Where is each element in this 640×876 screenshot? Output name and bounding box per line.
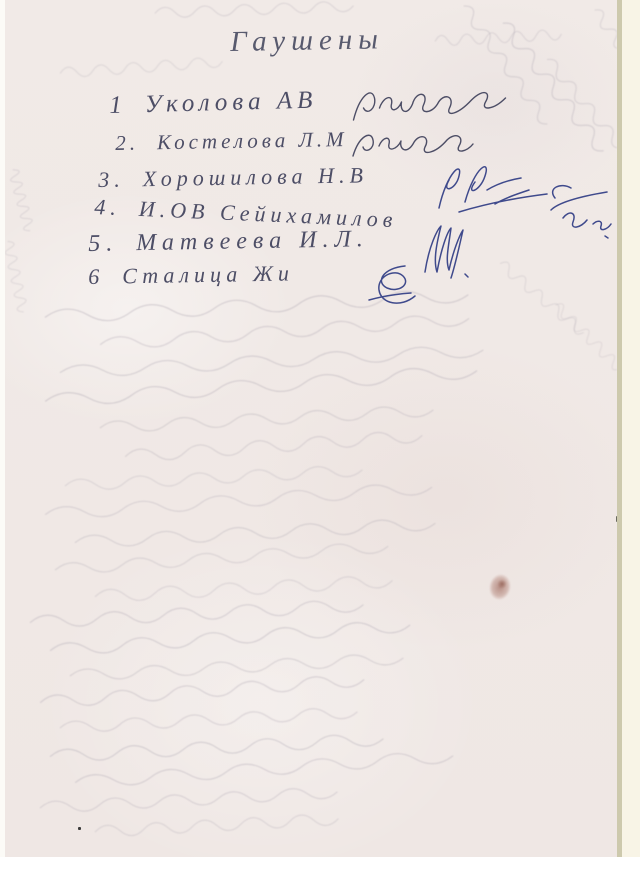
signature-scribble bbox=[365, 260, 429, 312]
list-entry: 2.Костелова Л.М bbox=[115, 127, 348, 156]
list-entry: 5.Матвеева И.Л. bbox=[88, 226, 369, 258]
entry-number: 3. bbox=[98, 167, 125, 192]
scan-edge-right-strip bbox=[622, 0, 640, 857]
scan-edge-left bbox=[0, 0, 5, 876]
list-entry: 6Сталица Жи bbox=[88, 260, 294, 290]
entry-name: Сталица Жи bbox=[122, 260, 294, 288]
page-title: Гаушены bbox=[230, 23, 384, 59]
paper-sheet: Гаушены 1Уколова АВ 2.Костелова Л.М 3.Хо… bbox=[5, 0, 617, 857]
entry-number: 1 bbox=[109, 92, 127, 119]
signature-scribble bbox=[455, 180, 615, 240]
entry-number: 6 bbox=[88, 264, 104, 289]
entry-name: Матвеева И.Л. bbox=[136, 226, 369, 256]
entry-number: 4. bbox=[94, 194, 122, 220]
entry-number: 5. bbox=[88, 230, 118, 257]
entry-name: Костелова Л.М bbox=[157, 127, 348, 154]
entry-number: 2. bbox=[115, 131, 139, 155]
scan-edge-bottom bbox=[0, 857, 640, 876]
entry-name: Уколова АВ bbox=[144, 87, 317, 119]
list-entry: 3.Хорошилова Н.В bbox=[98, 162, 368, 193]
list-entry: 1Уколова АВ bbox=[109, 87, 318, 120]
scanned-page: Гаушены 1Уколова АВ 2.Костелова Л.М 3.Хо… bbox=[0, 0, 640, 876]
dust-speck bbox=[78, 827, 81, 830]
entry-name: Хорошилова Н.В bbox=[142, 162, 368, 191]
